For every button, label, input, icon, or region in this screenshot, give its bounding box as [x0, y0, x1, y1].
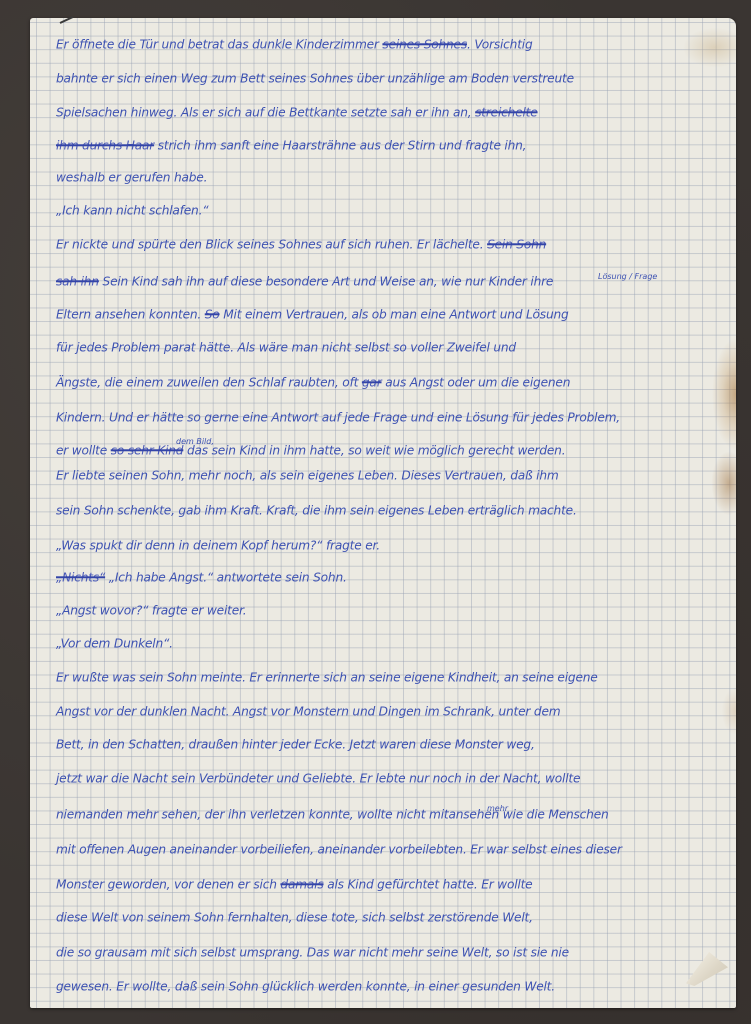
- line-text: Er öffnete die Tür und betrat das dunkle…: [56, 37, 382, 51]
- line-text: Angst vor der dunklen Nacht. Angst vor M…: [56, 704, 560, 718]
- manuscript-line: weshalb er gerufen habe.: [56, 171, 207, 183]
- struck-out-text: Sein Sohn: [487, 237, 546, 251]
- line-text: sein Sohn schenkte, gab ihm Kraft. Kraft…: [56, 503, 577, 517]
- manuscript-line: sah ihn Sein Kind sah ihn auf diese beso…: [56, 275, 553, 287]
- struck-out-text: damals: [280, 877, 323, 891]
- line-text: als Kind gefürchtet hatte. Er wollte: [324, 877, 533, 891]
- struck-out-text: streichelte: [475, 105, 537, 119]
- manuscript-line: sein Sohn schenkte, gab ihm Kraft. Kraft…: [56, 504, 577, 516]
- manuscript-line: bahnte er sich einen Weg zum Bett seines…: [56, 72, 574, 84]
- line-text: gewesen. Er wollte, daß sein Sohn glückl…: [56, 979, 555, 993]
- line-text: mit offenen Augen aneinander vorbeiliefe…: [56, 842, 622, 856]
- line-text: Eltern ansehen konnten.: [56, 307, 205, 321]
- manuscript-line: Spielsachen hinweg. Als er sich auf die …: [56, 106, 538, 118]
- line-text: Bett, in den Schatten, draußen hinter je…: [56, 737, 535, 751]
- manuscript-line: diese Welt von seinem Sohn fernhalten, d…: [56, 911, 533, 923]
- line-text: Er nickte und spürte den Blick seines So…: [56, 237, 487, 251]
- line-text: Sein Kind sah ihn auf diese besondere Ar…: [99, 274, 553, 288]
- line-text: Kindern. Und er hätte so gerne eine Antw…: [56, 410, 620, 424]
- interlinear-insertion: dem Bild,: [176, 437, 214, 446]
- line-text: er wollte: [56, 443, 111, 457]
- line-text: Ängste, die einem zuweilen den Schlaf ra…: [56, 375, 362, 389]
- struck-out-text: So: [205, 307, 220, 321]
- line-text: „Ich habe Angst.“ antwortete sein Sohn.: [105, 570, 347, 584]
- interlinear-insertion: mehr: [487, 804, 508, 813]
- manuscript-line: „Angst wovor?“ fragte er weiter.: [56, 604, 246, 616]
- manuscript-line: Er öffnete die Tür und betrat das dunkle…: [56, 38, 533, 50]
- manuscript-line: Angst vor der dunklen Nacht. Angst vor M…: [56, 705, 560, 717]
- manuscript-line: Er wußte was sein Sohn meinte. Er erinne…: [56, 671, 598, 683]
- line-text: die so grausam mit sich selbst umsprang.…: [56, 945, 569, 959]
- manuscript-line: jetzt war die Nacht sein Verbündeter und…: [56, 772, 580, 784]
- line-text: Mit einem Vertrauen, als ob man eine Ant…: [220, 307, 569, 321]
- manuscript-line: „Vor dem Dunkeln“.: [56, 637, 173, 649]
- line-text: Er wußte was sein Sohn meinte. Er erinne…: [56, 670, 598, 684]
- manuscript-line: er wollte so sehr Kind das sein Kind in …: [56, 444, 565, 456]
- manuscript-line: Bett, in den Schatten, draußen hinter je…: [56, 738, 535, 750]
- line-text: bahnte er sich einen Weg zum Bett seines…: [56, 71, 574, 85]
- line-text: diese Welt von seinem Sohn fernhalten, d…: [56, 910, 533, 924]
- manuscript-line: Eltern ansehen konnten. So Mit einem Ver…: [56, 308, 569, 320]
- folded-corner: [686, 952, 728, 986]
- manuscript-line: mit offenen Augen aneinander vorbeiliefe…: [56, 843, 622, 855]
- struck-out-text: ihm durchs Haar: [56, 138, 154, 152]
- manuscript-line: für jedes Problem parat hätte. Als wäre …: [56, 341, 516, 353]
- struck-out-text: gar: [362, 375, 382, 389]
- line-text: für jedes Problem parat hätte. Als wäre …: [56, 340, 516, 354]
- manuscript-line: Er liebte seinen Sohn, mehr noch, als se…: [56, 469, 559, 481]
- manuscript-line: Kindern. Und er hätte so gerne eine Antw…: [56, 411, 620, 423]
- manuscript-line: „Nichts“ „Ich habe Angst.“ antwortete se…: [56, 571, 347, 583]
- struck-out-text: „Nichts“: [56, 570, 105, 584]
- manuscript-line: Monster geworden, vor denen er sich dama…: [56, 878, 532, 890]
- manuscript-line: „Ich kann nicht schlafen.“: [56, 204, 208, 216]
- line-text: „Vor dem Dunkeln“.: [56, 636, 173, 650]
- line-text: „Angst wovor?“ fragte er weiter.: [56, 603, 246, 617]
- manuscript-line: ihm durchs Haar strich ihm sanft eine Ha…: [56, 139, 526, 151]
- manuscript-line: niemanden mehr sehen, der ihn verletzen …: [56, 808, 609, 820]
- line-text: „Was spukt dir denn in deinem Kopf herum…: [56, 538, 380, 552]
- manuscript-line: die so grausam mit sich selbst umsprang.…: [56, 946, 569, 958]
- line-text: „Ich kann nicht schlafen.“: [56, 203, 208, 217]
- manuscript-line: Er nickte und spürte den Blick seines So…: [56, 238, 546, 250]
- struck-out-text: sah ihn: [56, 274, 99, 288]
- line-text: weshalb er gerufen habe.: [56, 170, 207, 184]
- line-text: Spielsachen hinweg. Als er sich auf die …: [56, 105, 475, 119]
- line-text: strich ihm sanft eine Haarsträhne aus de…: [154, 138, 526, 152]
- line-text: jetzt war die Nacht sein Verbündeter und…: [56, 771, 580, 785]
- struck-out-text: seines Sohnes: [382, 37, 467, 51]
- line-text: Er liebte seinen Sohn, mehr noch, als se…: [56, 468, 559, 482]
- line-text: niemanden mehr sehen, der ihn verletzen …: [56, 807, 609, 821]
- manuscript-line: Ängste, die einem zuweilen den Schlaf ra…: [56, 376, 570, 388]
- line-text: . Vorsichtig: [467, 37, 533, 51]
- line-text: Monster geworden, vor denen er sich: [56, 877, 280, 891]
- manuscript-line: „Was spukt dir denn in deinem Kopf herum…: [56, 539, 380, 551]
- manuscript-line: gewesen. Er wollte, daß sein Sohn glückl…: [56, 980, 555, 992]
- interlinear-insertion: Lösung / Frage: [598, 272, 657, 281]
- line-text: aus Angst oder um die eigenen: [382, 375, 571, 389]
- struck-out-text: so sehr Kind: [111, 443, 184, 457]
- line-text: das sein Kind in ihm hatte, so weit wie …: [183, 443, 565, 457]
